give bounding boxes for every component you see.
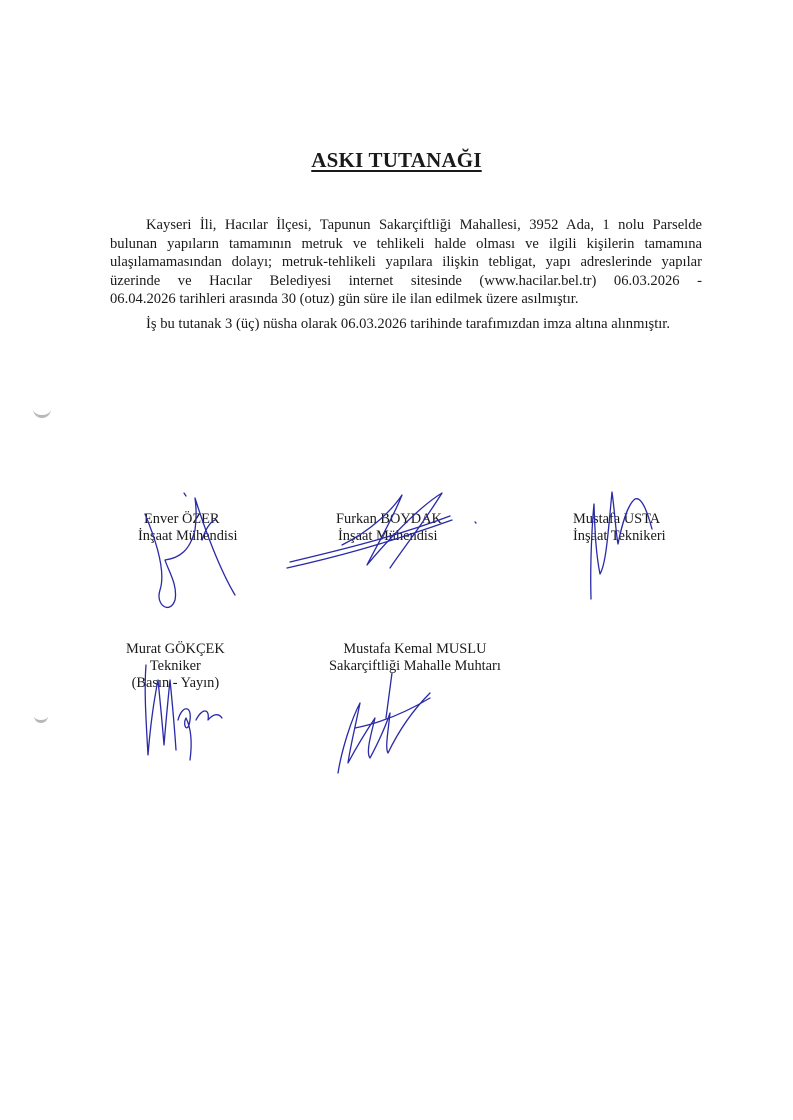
signatory-role: İnşaat Mühendisi (138, 528, 238, 545)
signatory-name: Mustafa USTA (573, 511, 666, 528)
punch-hole-mark (33, 405, 51, 418)
paragraph-line: 06.04.2026 tarihleri arasında 30 (otuz) … (110, 290, 702, 309)
signatory-mustafa-kemal-muslu: Mustafa Kemal MUSLU Sakarçiftliği Mahall… (329, 641, 501, 675)
paragraph-line: üzerinde ve Hacılar Belediyesi internet … (110, 272, 702, 291)
signatory-name: Enver ÖZER (138, 511, 238, 528)
signatory-enver-ozer: Enver ÖZER İnşaat Mühendisi (138, 511, 238, 545)
punch-hole-mark (34, 710, 48, 723)
signatory-name: Mustafa Kemal MUSLU (329, 641, 501, 658)
signatory-furkan-boydak: Furkan BOYDAK İnşaat Mühendisi (336, 511, 442, 545)
signatory-murat-gokcek: Murat GÖKÇEK Tekniker (Basın - Yayın) (126, 641, 225, 692)
paragraph-statement: İş bu tutanak 3 (üç) nüsha olarak 06.03.… (110, 310, 702, 339)
signatory-role: Tekniker (126, 658, 225, 675)
signatory-name: Furkan BOYDAK (336, 511, 442, 528)
signatory-department: (Basın - Yayın) (126, 675, 225, 692)
paragraph-line: Kayseri İli, Hacılar İlçesi, Tapunun Sak… (110, 216, 702, 235)
statement-text: İş bu tutanak 3 (üç) nüsha olarak 06.03.… (146, 316, 670, 332)
signatory-role: İnşaat Mühendisi (336, 528, 442, 545)
line-text: Kayseri İli, Hacılar İlçesi, Tapunun Sak… (146, 217, 702, 233)
document-title: ASKI TUTANAĞI (0, 148, 793, 173)
signature-ink (140, 490, 250, 615)
signature-ink (330, 668, 440, 778)
signatory-mustafa-usta: Mustafa USTA İnşaat Teknikeri (573, 511, 666, 545)
signatory-name: Murat GÖKÇEK (126, 641, 225, 658)
title-text: ASKI TUTANAĞI (311, 148, 481, 172)
signatory-role: İnşaat Teknikeri (573, 528, 666, 545)
paragraph-line: bulunan yapıların tamamının metruk ve te… (110, 235, 702, 254)
paragraph-announcement: Kayseri İli, Hacılar İlçesi, Tapunun Sak… (110, 216, 702, 309)
paragraph-line: ulaşılamamasından dolayı; metruk-tehlike… (110, 253, 702, 272)
signatory-role: Sakarçiftliği Mahalle Muhtarı (329, 658, 501, 675)
